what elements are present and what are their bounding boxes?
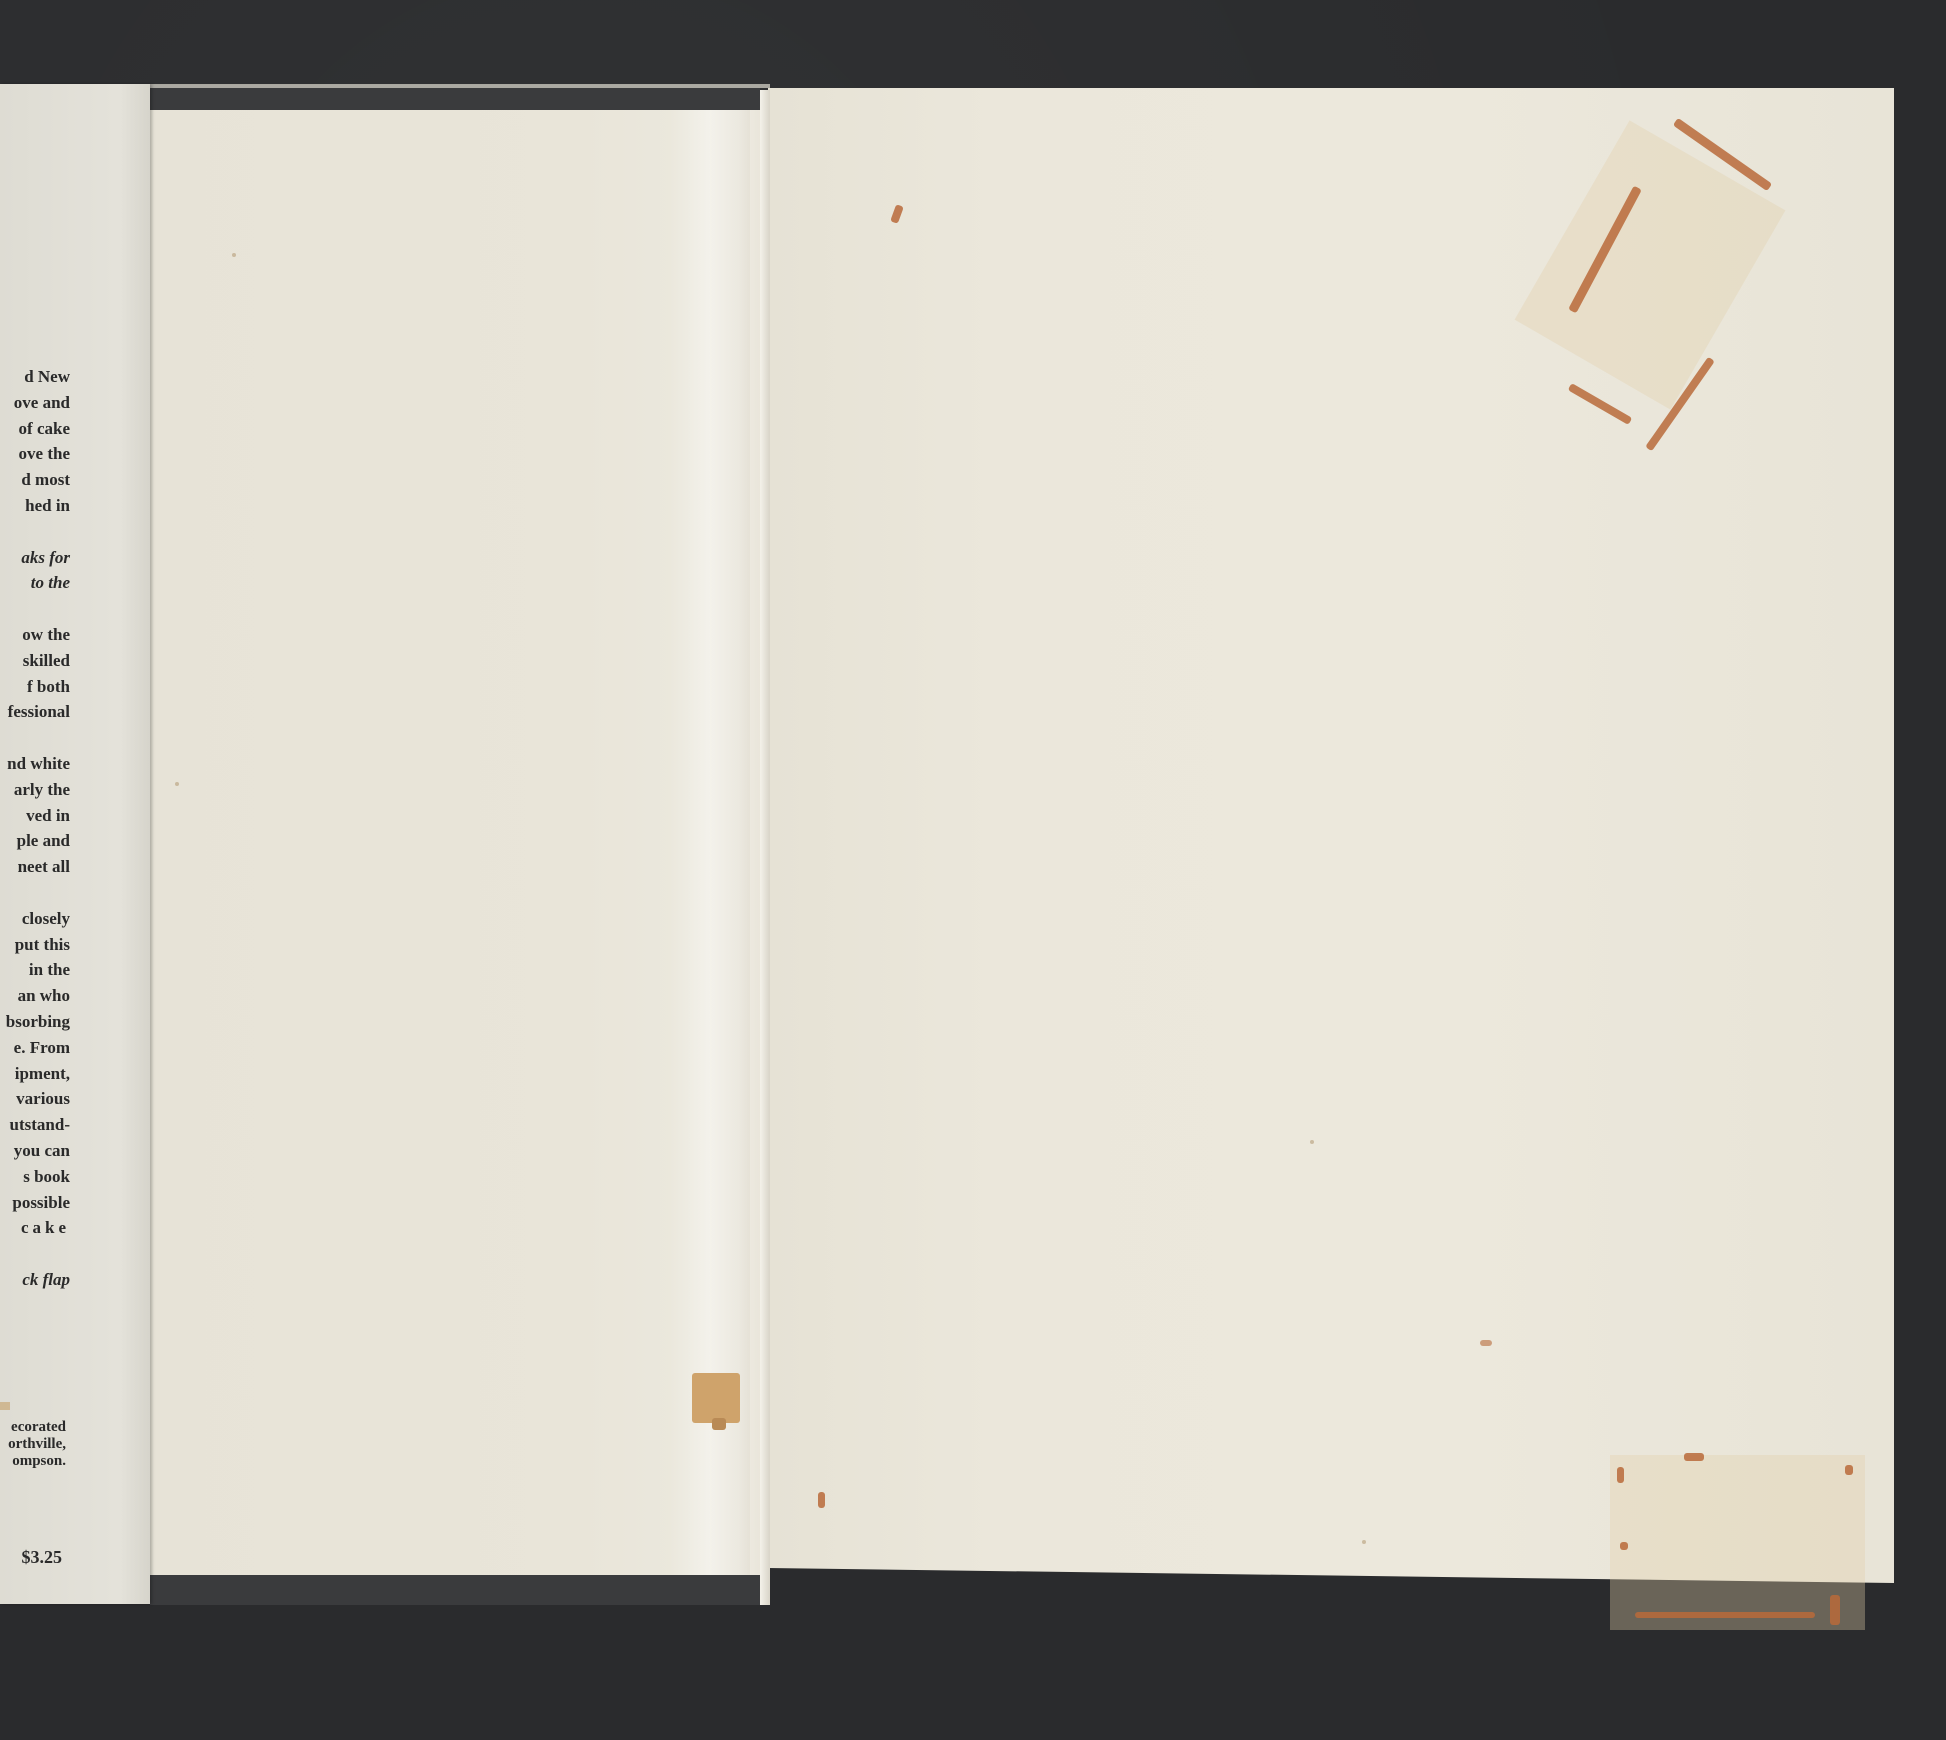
- speck: [232, 253, 236, 257]
- credit-line: orthville,: [8, 1436, 66, 1453]
- flap-line: d New: [0, 364, 70, 390]
- flap-line: ipment,: [0, 1061, 70, 1087]
- flap-line: of cake: [0, 416, 70, 442]
- flap-line: d most: [0, 467, 70, 493]
- stain-lower-right: [1830, 1595, 1840, 1625]
- flap-line: skilled: [0, 648, 70, 674]
- flap-line: ved in: [0, 803, 70, 829]
- stain-small-mid: [1480, 1340, 1492, 1346]
- hinge-highlight: [670, 110, 750, 1575]
- flap-line: ove and: [0, 390, 70, 416]
- flap-line: put this: [0, 932, 70, 958]
- stain-lower-top: [1684, 1453, 1704, 1461]
- stain-small-bottom: [818, 1492, 825, 1508]
- flap-line: f both: [0, 674, 70, 700]
- flap-line: ow the: [0, 622, 70, 648]
- flap-line: various: [0, 1086, 70, 1112]
- flap-line: arly the: [0, 777, 70, 803]
- flap-line: cake: [0, 1215, 70, 1241]
- speck: [1310, 1140, 1314, 1144]
- tape-ghost-lower: [1610, 1455, 1865, 1630]
- flap-stain: [0, 1402, 10, 1410]
- flap-line: fessional: [0, 699, 70, 725]
- flap-line: ck flap: [0, 1267, 70, 1293]
- flap-line: in the: [0, 957, 70, 983]
- speck: [1362, 1540, 1366, 1544]
- flap-line: ove the: [0, 441, 70, 467]
- flap-line: possible: [0, 1190, 70, 1216]
- flap-line: e. From: [0, 1035, 70, 1061]
- flap-line: aks for: [0, 545, 70, 571]
- flap-credit: ecorated orthville, ompson.: [8, 1419, 66, 1470]
- stain-lower-left-2: [1620, 1542, 1628, 1550]
- flap-line: neet all: [0, 854, 70, 880]
- flap-line: nd white: [0, 751, 70, 777]
- flap-line: bsorbing: [0, 1009, 70, 1035]
- tape-residue: [692, 1373, 740, 1423]
- flap-line: utstand-: [0, 1112, 70, 1138]
- price-label: $3.25: [22, 1547, 63, 1568]
- jacket-top-edge: [150, 84, 770, 88]
- dust-jacket-flap: d New ove and of cake ove the d most hed…: [0, 84, 150, 1604]
- stain-lower-bottom: [1635, 1612, 1815, 1618]
- book-gutter: [760, 90, 770, 1605]
- flap-line: to the: [0, 570, 70, 596]
- stain-lower-left-1: [1617, 1467, 1624, 1483]
- credit-line: ompson.: [8, 1453, 66, 1470]
- credit-line: ecorated: [8, 1419, 66, 1436]
- flap-line: ple and: [0, 828, 70, 854]
- flap-line: hed in: [0, 493, 70, 519]
- flap-line: closely: [0, 906, 70, 932]
- stain-lower-corner-tr: [1845, 1465, 1853, 1475]
- flap-line: you can: [0, 1138, 70, 1164]
- flap-line: s book: [0, 1164, 70, 1190]
- speck: [175, 782, 179, 786]
- flap-line: an who: [0, 983, 70, 1009]
- flap-blurb: d New ove and of cake ove the d most hed…: [0, 364, 70, 1293]
